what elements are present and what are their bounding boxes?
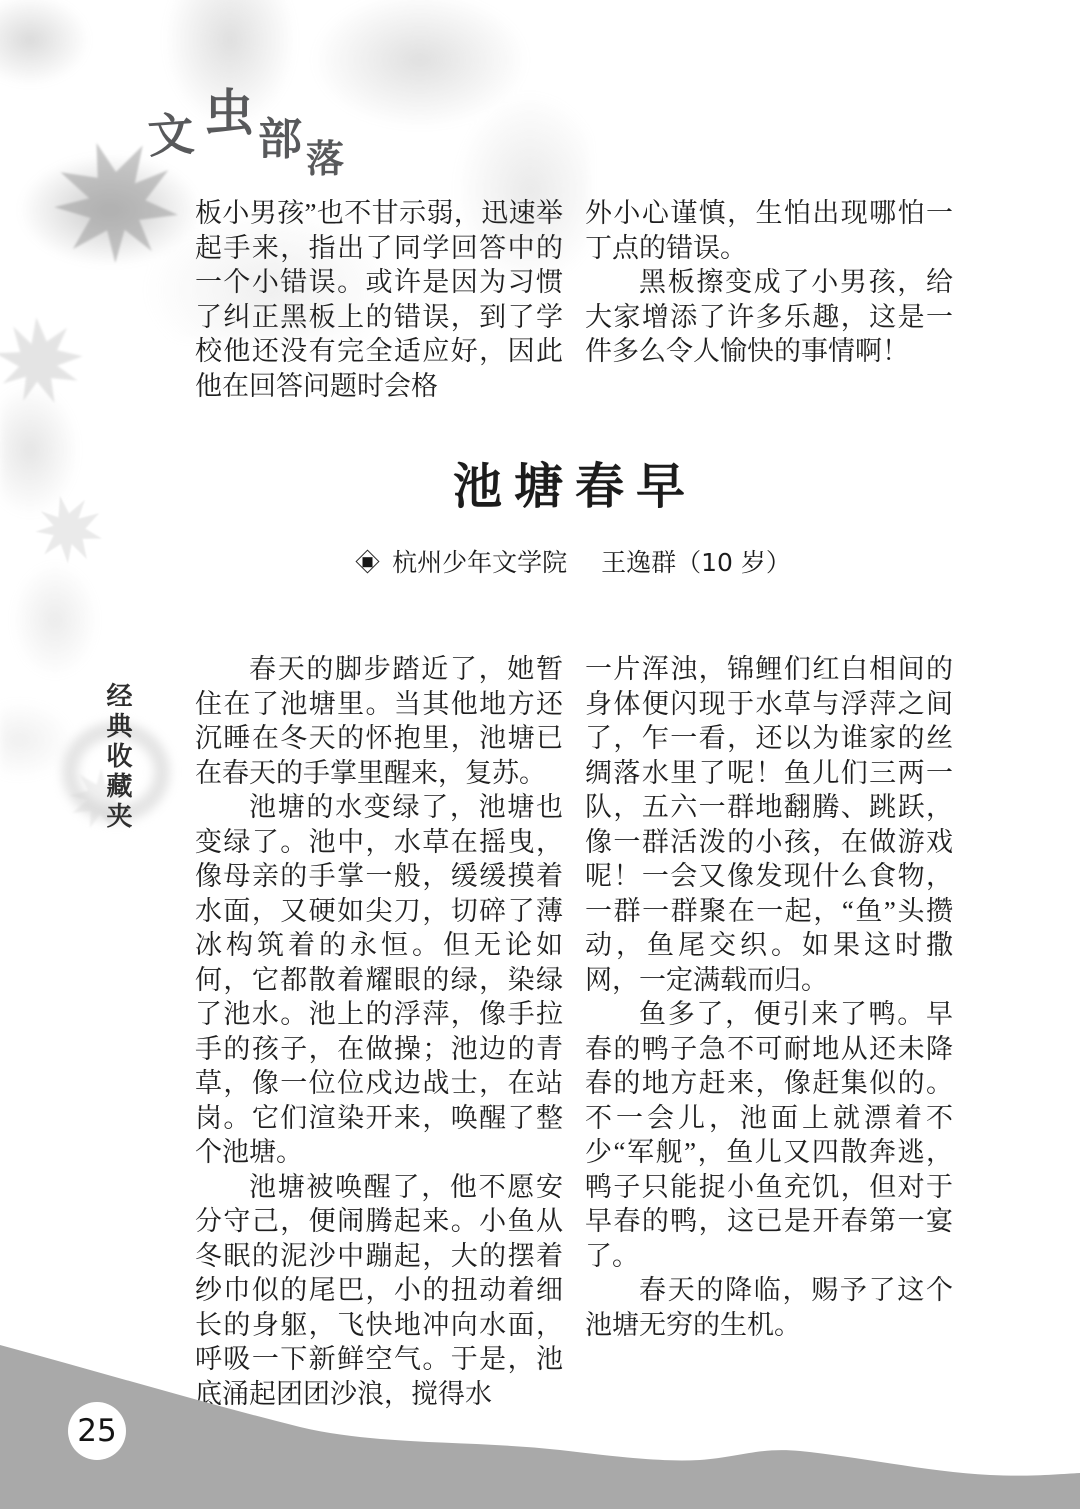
section-logo: 文虫部落	[140, 80, 420, 200]
paragraph: 一片浑浊，锦鲤们红白相间的身体便闪现于水草与浮萍之间了，乍一看，还以为谁家的丝绸…	[585, 652, 953, 997]
logo-character: 部	[258, 118, 302, 162]
article-column-right: 一片浑浊，锦鲤们红白相间的身体便闪现于水草与浮萍之间了，乍一看，还以为谁家的丝绸…	[585, 652, 953, 1342]
magazine-page: 文虫部落 板小男孩”也不甘示弱，迅速举起手来，指出了同学回答中的一个小错误。或许…	[0, 0, 1080, 1509]
footer-wave-shape	[0, 1345, 1080, 1509]
continuation-column-left: 板小男孩”也不甘示弱，迅速举起手来，指出了同学回答中的一个小错误。或许是因为习惯…	[195, 196, 563, 403]
paragraph: 板小男孩”也不甘示弱，迅速举起手来，指出了同学回答中的一个小错误。或许是因为习惯…	[195, 196, 563, 403]
logo-character: 落	[306, 140, 344, 178]
leaf-watermark-edge	[0, 360, 170, 780]
footer-wave	[0, 1330, 1080, 1509]
article-column-left: 春天的脚步踏近了，她暂住在了池塘里。当其他地方还沉睡在冬天的怀抱里，池塘已在春天…	[195, 652, 563, 1411]
byline-author: 王逸群（10 岁）	[601, 543, 791, 579]
byline-school: 杭州少年文学院	[392, 543, 567, 579]
logo-character: 文	[146, 110, 195, 159]
diamond-bullet-icon	[356, 549, 380, 573]
logo-character: 虫	[204, 88, 254, 138]
paragraph: 黑板擦变成了小男孩，给大家增添了许多乐趣，这是一件多么令人愉快的事情啊！	[585, 265, 953, 369]
page-number-badge: 25	[68, 1402, 126, 1460]
paragraph: 池塘的水变绿了，池塘也变绿了。池中，水草在摇曳，像母亲的手掌一般，缓缓摸着水面，…	[195, 790, 563, 1170]
paragraph: 外小心谨慎，生怕出现哪怕一丁点的错误。	[585, 196, 953, 265]
continuation-column-right: 外小心谨慎，生怕出现哪怕一丁点的错误。黑板擦变成了小男孩，给大家增添了许多乐趣，…	[585, 196, 953, 369]
paragraph: 春天的脚步踏近了，她暂住在了池塘里。当其他地方还沉睡在冬天的怀抱里，池塘已在春天…	[195, 652, 563, 790]
page-number: 25	[77, 1413, 116, 1449]
paragraph: 鱼多了，便引来了鸭。早春的鸭子急不可耐地从还未降春的地方赶来，像赶集似的。不一会…	[585, 997, 953, 1273]
article-byline: 杭州少年文学院 王逸群（10 岁）	[195, 543, 955, 579]
article-title: 池塘春早	[195, 448, 955, 518]
side-label-vertical: 经典收藏夹	[99, 682, 136, 852]
